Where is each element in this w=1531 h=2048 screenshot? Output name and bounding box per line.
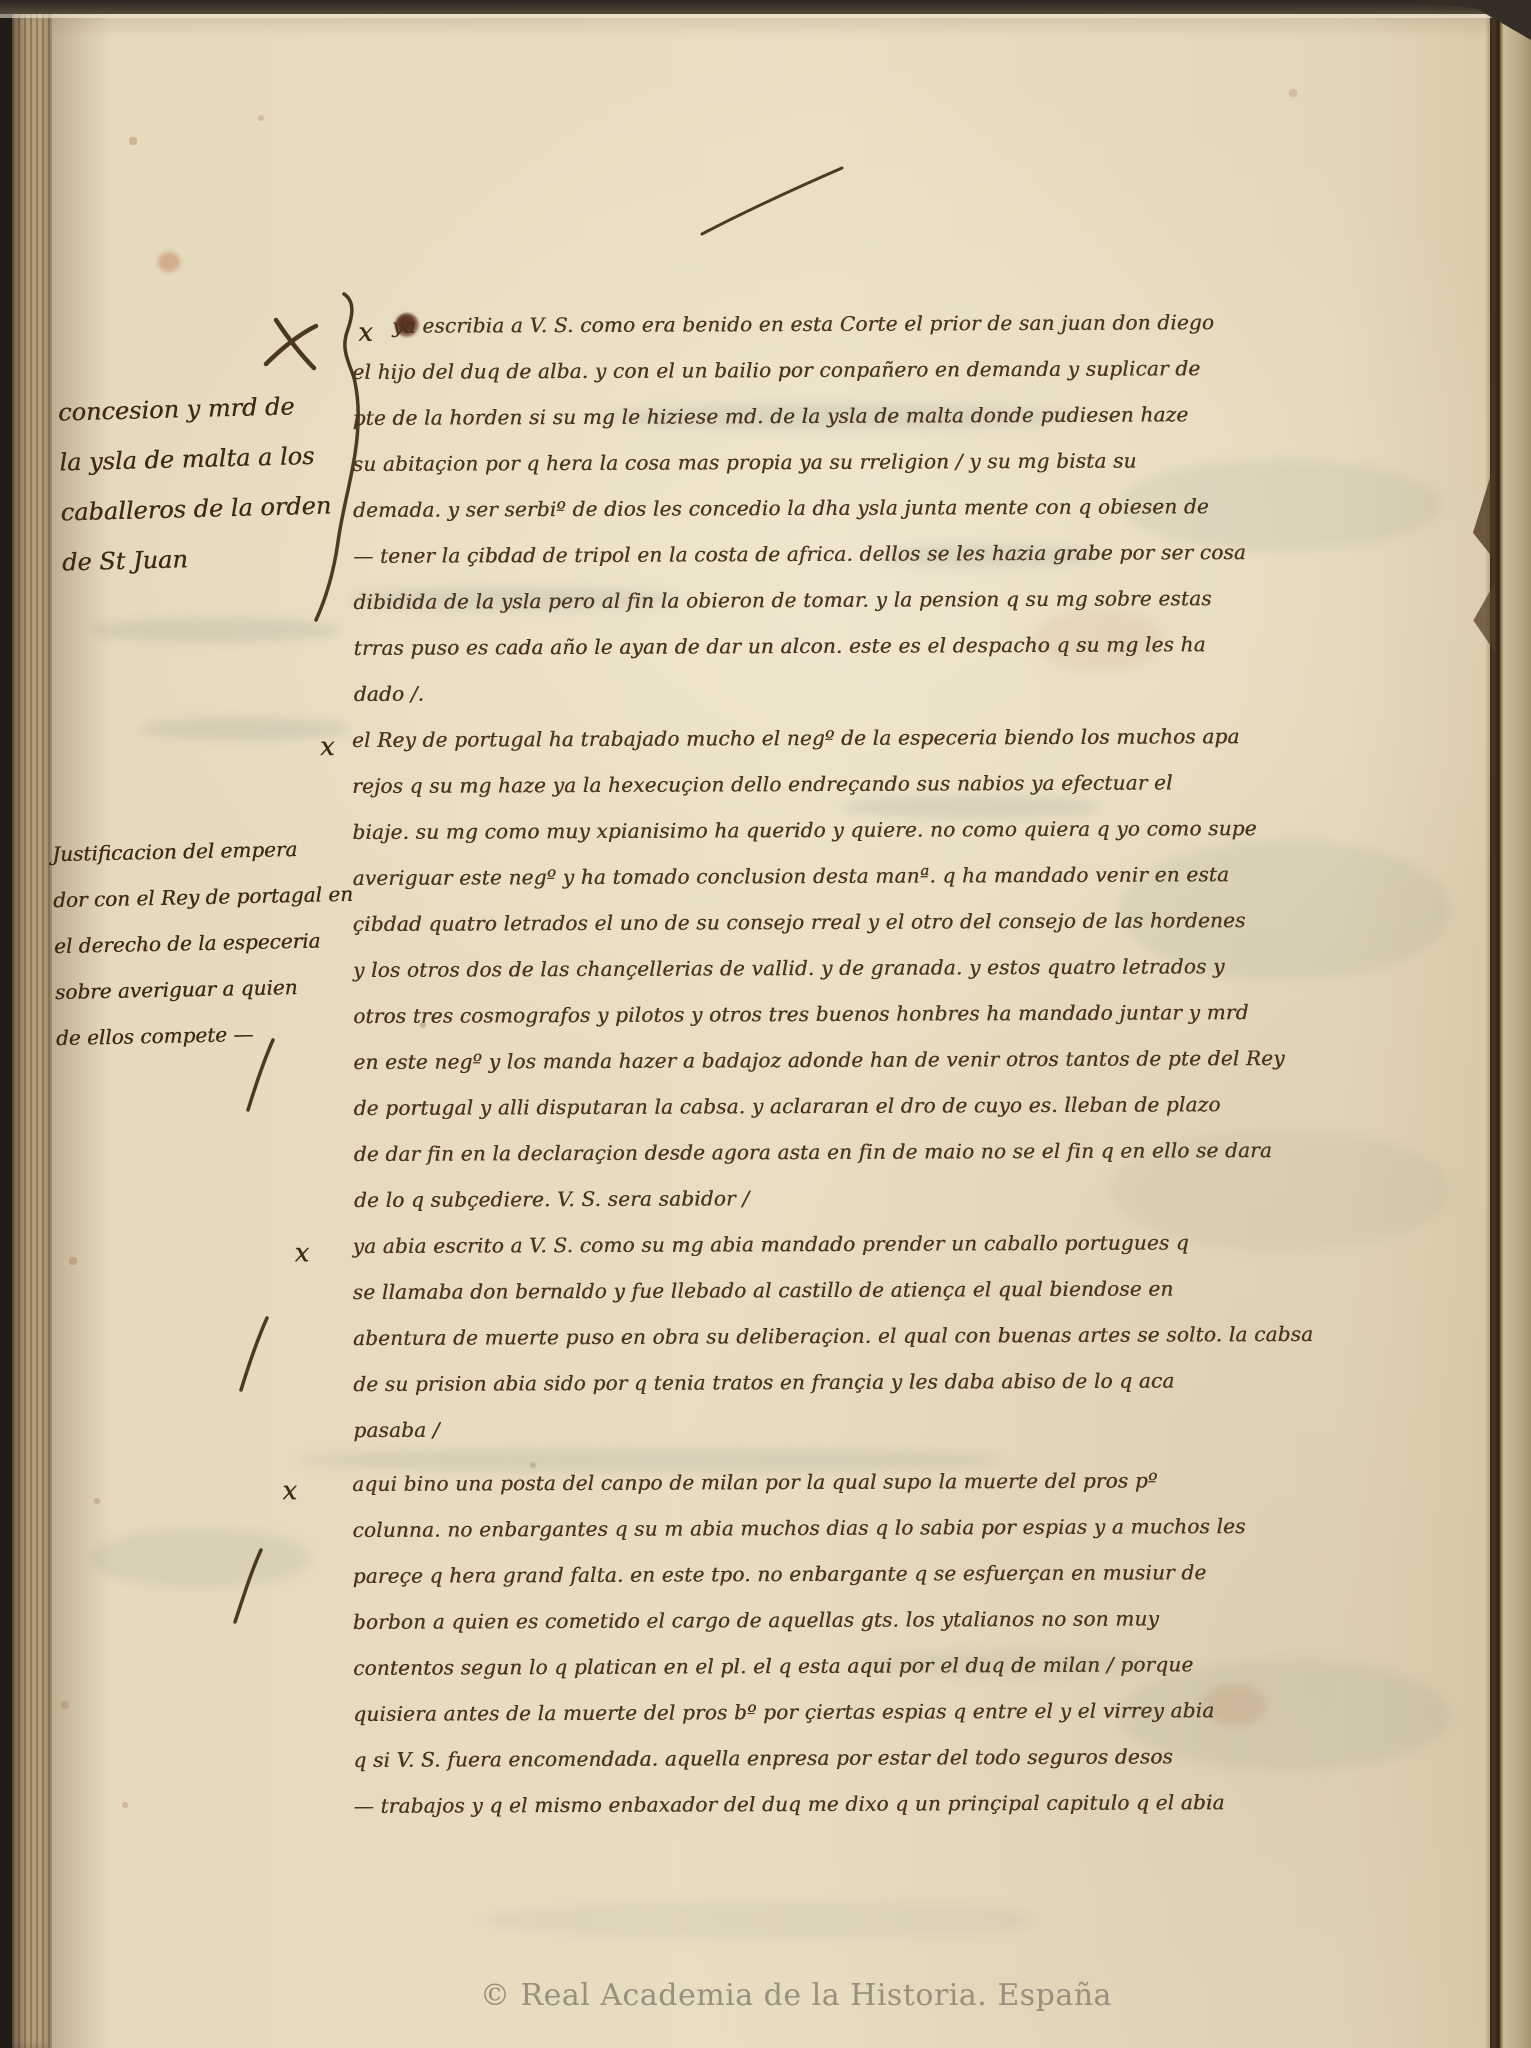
paragraph-milan: x aqui bino una posta del canpo de milan… (352, 1468, 1247, 1840)
bleed-through (480, 1900, 1040, 1940)
text-line: trras puso es cada año le ayan de dar un… (354, 632, 1247, 682)
bleed-through (140, 718, 350, 740)
binding-edge (12, 12, 52, 2048)
text-line: de dar fin en la declaraçion desde agora… (354, 1138, 1285, 1188)
text-line: pte de la horden si su mg le hiziese md.… (353, 402, 1246, 452)
paragraph-x-mark: x (282, 1476, 297, 1506)
margin-note-especeria: Justificacion del empera dor con el Rey … (52, 825, 357, 1061)
pen-stroke (702, 168, 842, 234)
paragraph-prisionero: x ya abia escrito a V. S. como su mg abi… (353, 1230, 1314, 1464)
margin-note-line: sobre averiguar a quien (55, 963, 356, 1015)
margin-note-line: concesion y mrd de (57, 380, 329, 437)
archive-watermark: © Real Academia de la Historia. España (480, 1978, 1112, 2013)
text-line: rejos q su mg haze ya la hexecuçion dell… (352, 770, 1283, 820)
text-line: ya escribia a V. S. como era benido en e… (352, 310, 1245, 360)
text-line: en este negº y los manda hazer a badajoz… (353, 1046, 1284, 1096)
text-line: averiguar este negº y ha tomado conclusi… (353, 862, 1284, 912)
margin-note-line: el derecho de la especeria (54, 917, 355, 969)
paragraph-x-mark: x (320, 732, 335, 762)
text-line: el Rey de portugal ha trabajado mucho el… (352, 724, 1283, 774)
rust-stain (158, 252, 180, 272)
text-line: otros tres cosmografos y pilotos y otros… (353, 1000, 1284, 1050)
text-line: dibidida de la ysla pero al fin la obier… (353, 586, 1246, 636)
text-line: y los otros dos de las chançellerias de … (353, 954, 1284, 1004)
margin-note-line: de St Juan (61, 530, 333, 587)
text-line: demada. y ser serbiº de dios les concedi… (353, 494, 1246, 544)
text-line: pasaba / (353, 1414, 1313, 1464)
margin-note-line: la ysla de malta a los (59, 430, 331, 487)
paragraph-x-mark: x (295, 1238, 310, 1268)
bleed-through (90, 618, 340, 642)
text-line: de su prision abia sido por q tenia trat… (353, 1368, 1313, 1418)
text-line: de lo q subçediere. V. S. sera sabidor / (354, 1184, 1285, 1234)
photographed-manuscript: concesion y mrd de la ysla de malta a lo… (0, 0, 1531, 2048)
text-line: pareçe q hera grand falta. en este tpo. … (353, 1560, 1246, 1610)
margin-note-malta: concesion y mrd de la ysla de malta a lo… (57, 380, 333, 587)
text-line: dado /. (354, 678, 1247, 728)
text-line: el hijo del duq de alba. y con el un bai… (352, 356, 1245, 406)
margin-note-line: caballeros de la orden (60, 480, 332, 537)
text-line: colunna. no enbargantes q su m abia much… (352, 1514, 1245, 1564)
bleed-through (90, 1528, 310, 1588)
page-top-edge-highlight (0, 14, 1531, 18)
paragraph-x-mark: x (358, 318, 373, 348)
text-line: çibdad quatro letrados el uno de su cons… (353, 908, 1284, 958)
text-line: contentos segun lo q platican en el pl. … (353, 1652, 1246, 1702)
text-line: de portugal y alli disputaran la cabsa. … (354, 1092, 1285, 1142)
crossed-x-mark (266, 326, 316, 364)
text-line: q si V. S. fuera encomendada. aquella en… (353, 1744, 1246, 1794)
text-line: se llamaba don bernaldo y fue llebado al… (353, 1276, 1313, 1326)
text-line: su abitaçion por q hera la cosa mas prop… (353, 448, 1246, 498)
adjacent-page-edge (1500, 0, 1531, 2048)
margin-note-line: de ellos compete — (55, 1009, 356, 1061)
text-line: ya abia escrito a V. S. como su mg abia … (353, 1230, 1313, 1280)
margin-note-line: Justificacion del empera (52, 825, 353, 877)
paragraph-malta: x ya escribia a V. S. como era benido en… (352, 310, 1247, 728)
text-line: aqui bino una posta del canpo de milan p… (352, 1468, 1245, 1518)
text-line: quisiera antes de la muerte del pros bº … (353, 1698, 1246, 1748)
margin-note-line: dor con el Rey de portagal en (53, 871, 354, 923)
text-line: — tener la çibdad de tripol en la costa … (353, 540, 1246, 590)
page-edge-crack (1485, 10, 1503, 2048)
paragraph-especeria: x el Rey de portugal ha trabajado mucho … (352, 724, 1285, 1234)
text-line: borbon a quien es cometido el cargo de a… (353, 1606, 1246, 1656)
slash-mark (241, 1318, 267, 1390)
photo-top-edge (0, 0, 1531, 14)
text-line: — trabajos y q el mismo enbaxador del du… (354, 1790, 1247, 1840)
manuscript-page: concesion y mrd de la ysla de malta a lo… (12, 12, 1490, 2048)
text-line: biaje. su mg como muy xpianisimo ha quer… (352, 816, 1283, 866)
text-line: abentura de muerte puso en obra su delib… (353, 1322, 1313, 1372)
